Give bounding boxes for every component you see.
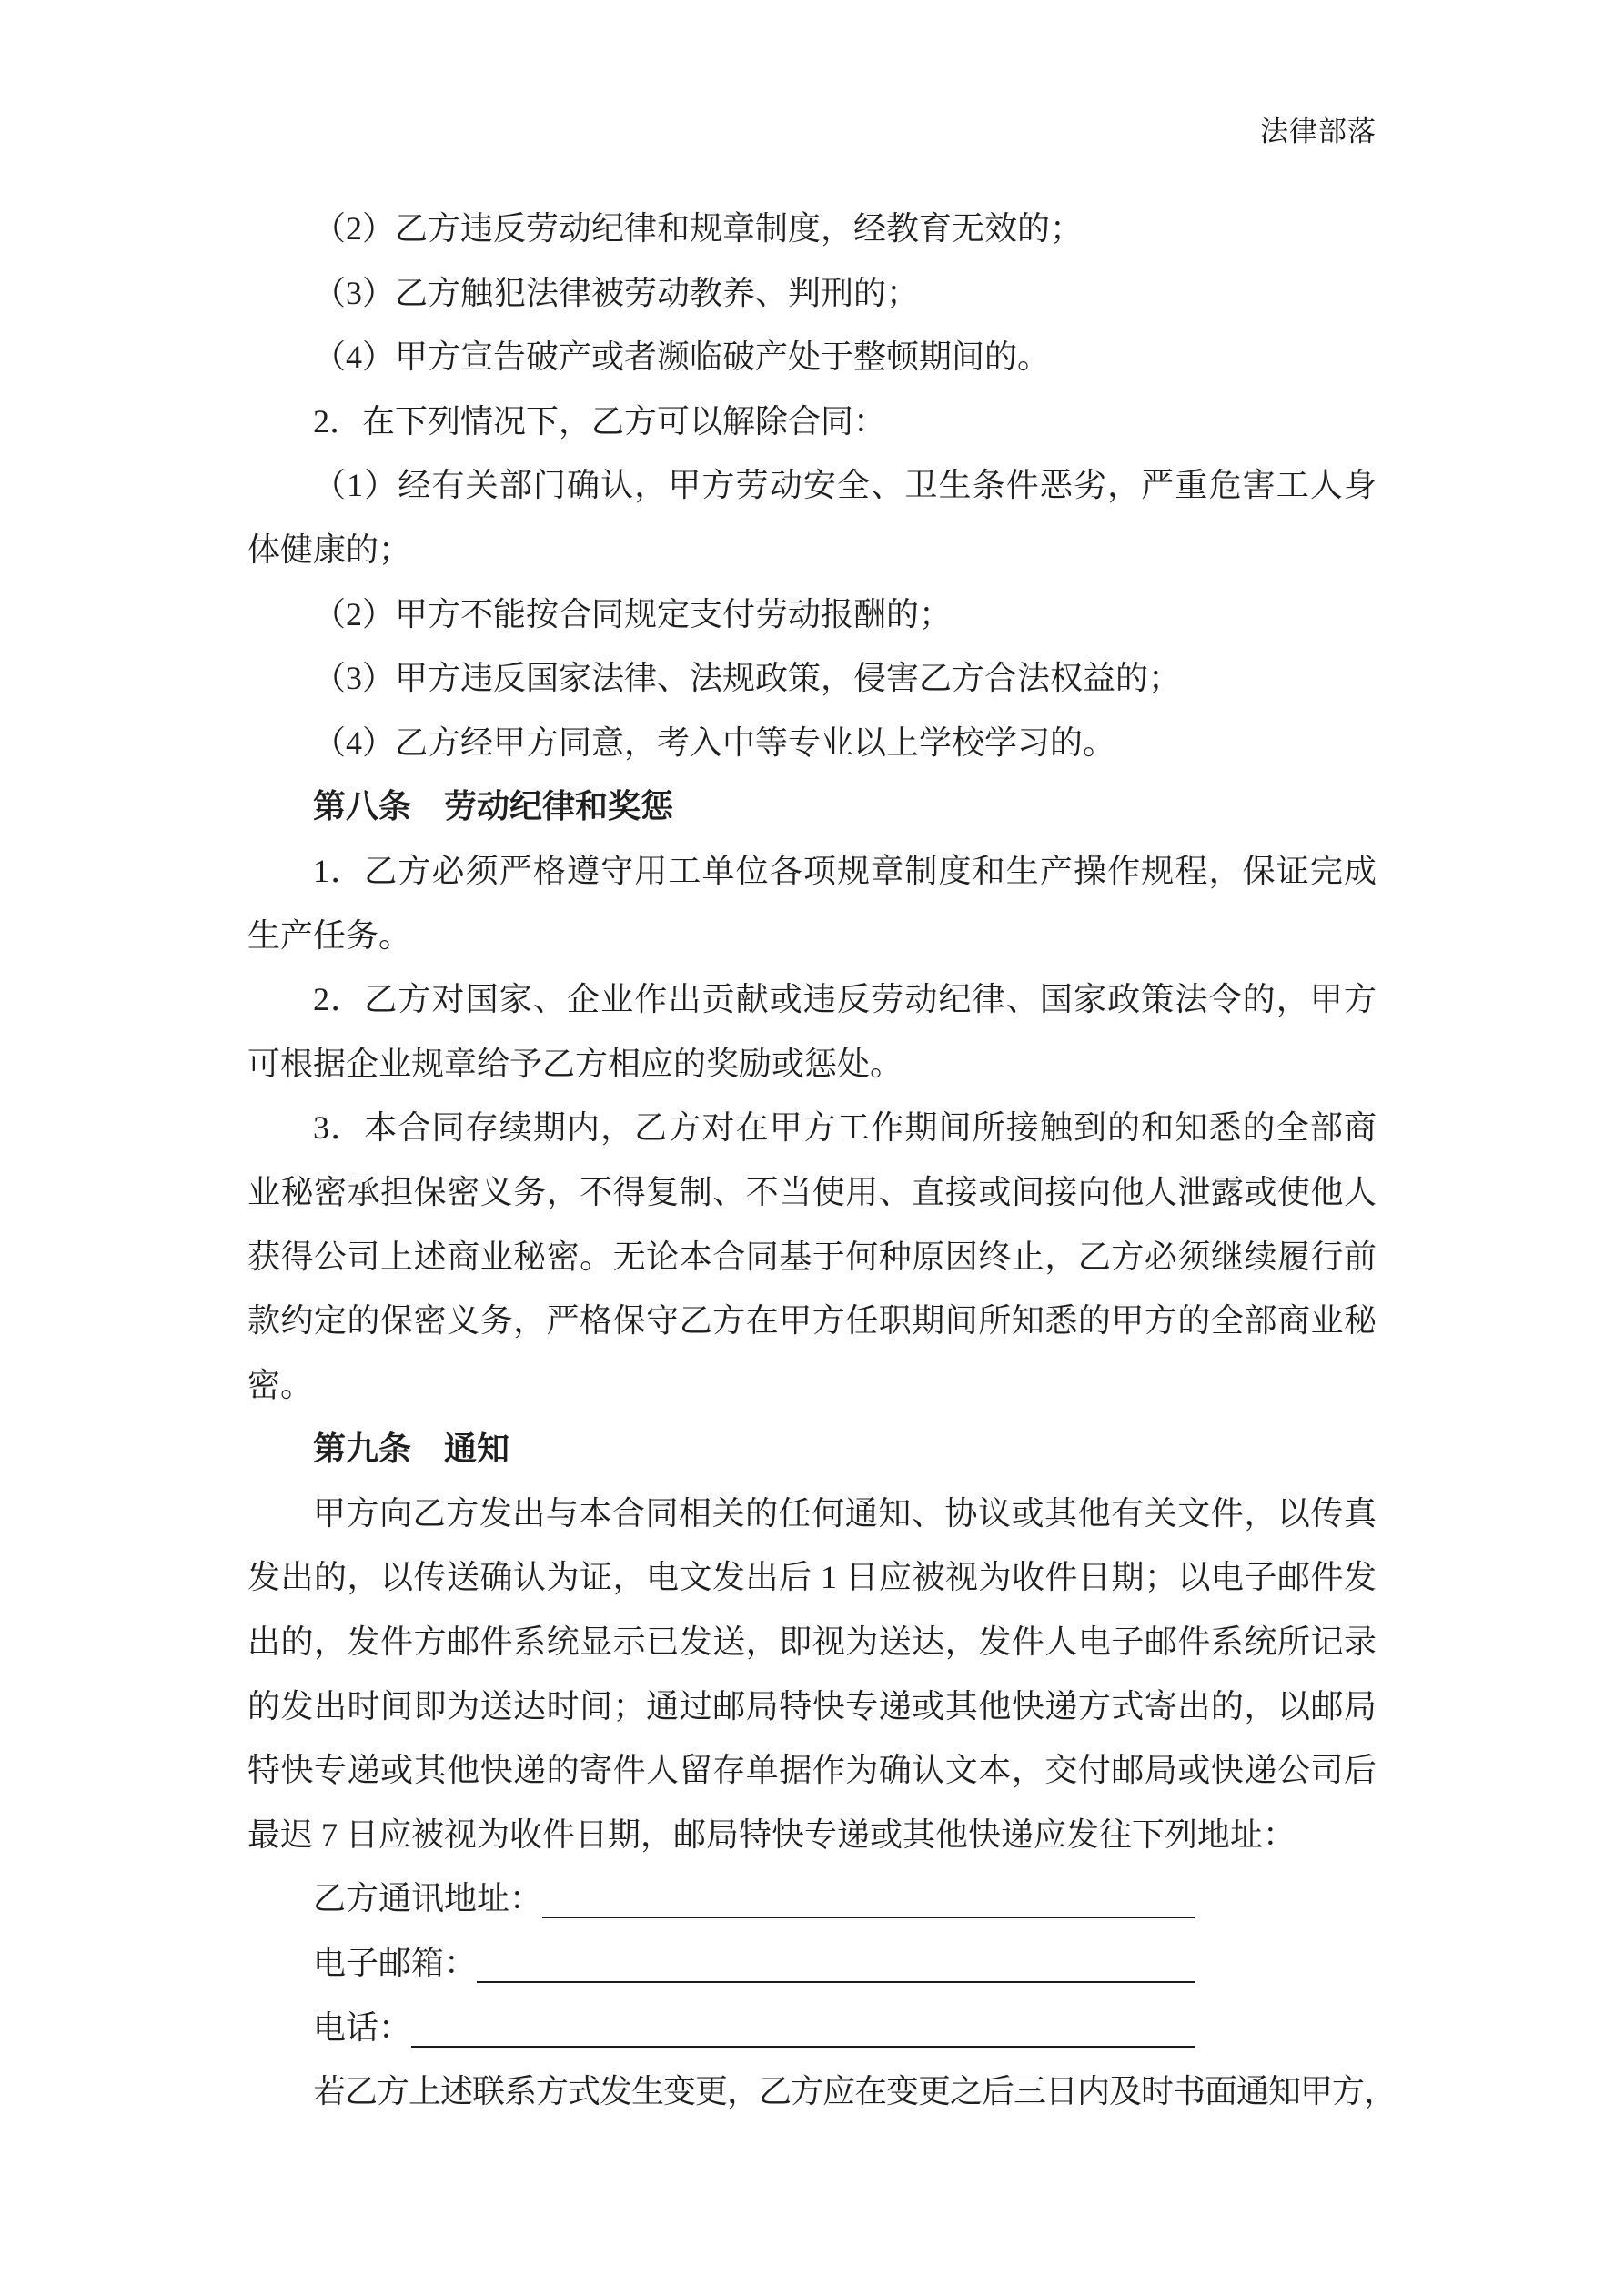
clause-item: 甲方向乙方发出与本合同相关的任何通知、协议或其他有关文件，以传真发出的，以传送确… xyxy=(247,1482,1377,1867)
clause-item: （4）乙方经甲方同意，考入中等专业以上学校学习的。 xyxy=(247,711,1377,775)
clause-item: （1）经有关部门确认，甲方劳动安全、卫生条件恶劣，严重危害工人身体健康的； xyxy=(247,453,1377,582)
clause-item: （3）甲方违反国家法律、法规政策，侵害乙方合法权益的； xyxy=(247,646,1377,711)
clause-item: （3）乙方触犯法律被劳动教养、判刑的； xyxy=(247,261,1377,326)
blank-underline-email xyxy=(477,1948,1195,1983)
clause-item: 3．本合同存续期内，乙方对在甲方工作期间所接触到的和知悉的全部商业秘密承担保密义… xyxy=(247,1096,1377,1417)
clause-item: 2．乙方对国家、企业作出贡献或违反劳动纪律、国家政策法令的，甲方可根据企业规章给… xyxy=(247,967,1377,1096)
field-row-address: 乙方通讯地址： xyxy=(247,1866,1377,1931)
clause-item: 2．在下列情况下，乙方可以解除合同： xyxy=(247,389,1377,454)
clause-item: （2）甲方不能按合同规定支付劳动报酬的； xyxy=(247,582,1377,647)
clause-item: 1．乙方必须严格遵守用工单位各项规章制度和生产操作规程，保证完成生产任务。 xyxy=(247,839,1377,967)
contract-page: 法律部落 （2）乙方违反劳动纪律和规章制度，经教育无效的； （3）乙方触犯法律被… xyxy=(0,0,1624,2296)
watermark-text: 法律部落 xyxy=(1260,115,1377,148)
clause-item: （4）甲方宣告破产或者濒临破产处于整顿期间的。 xyxy=(247,325,1377,389)
blank-underline-address xyxy=(542,1884,1195,1918)
contract-body: （2）乙方违反劳动纪律和规章制度，经教育无效的； （3）乙方触犯法律被劳动教养、… xyxy=(247,197,1377,2124)
field-label-email: 电子邮箱： xyxy=(313,1945,477,1981)
clause-heading-article-9: 第九条 通知 xyxy=(247,1417,1377,1482)
clause-item: （2）乙方违反劳动纪律和规章制度，经教育无效的； xyxy=(247,197,1377,261)
clause-heading-article-8: 第八条 劳动纪律和奖惩 xyxy=(247,774,1377,839)
field-label-address: 乙方通讯地址： xyxy=(313,1880,542,1917)
clause-item: 若乙方上述联系方式发生变更，乙方应在变更之后三日内及时书面通知甲方， xyxy=(247,2059,1377,2124)
field-label-phone: 电话： xyxy=(313,2009,411,2046)
blank-underline-phone xyxy=(411,2013,1195,2048)
field-row-phone: 电话： xyxy=(247,1996,1377,2060)
field-row-email: 电子邮箱： xyxy=(247,1931,1377,1996)
